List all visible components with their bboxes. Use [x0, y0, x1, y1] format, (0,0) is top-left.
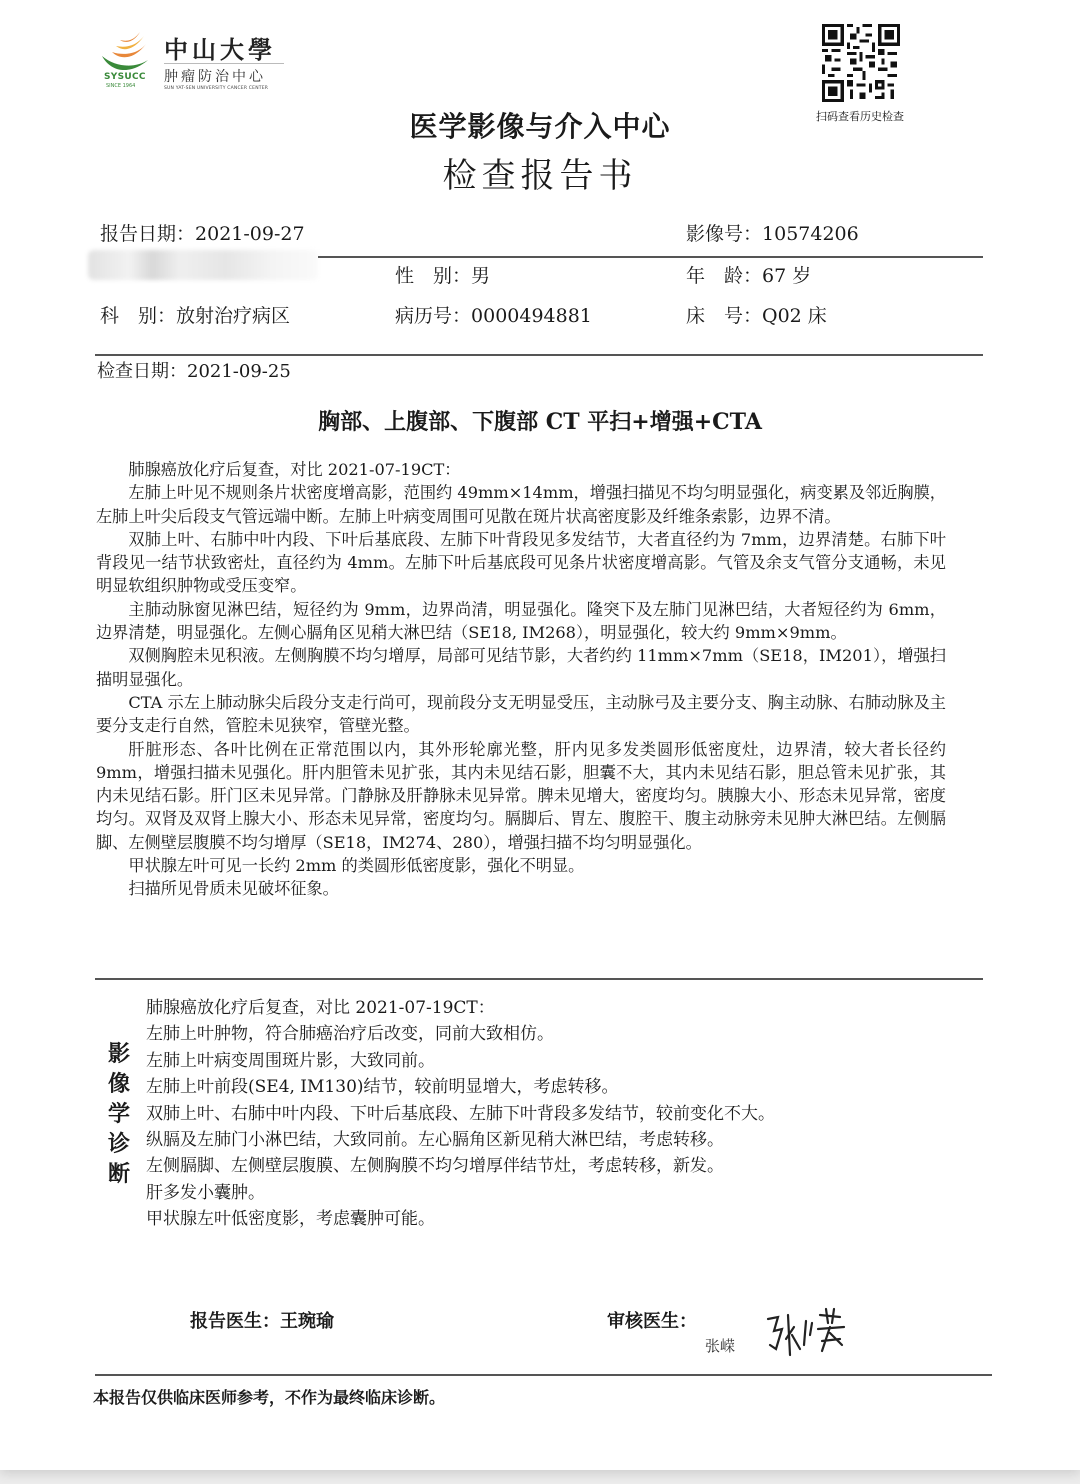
logo-english-name: SUN YAT-SEN UNIVERSITY CANCER CENTER: [164, 86, 268, 91]
bed-number-label: 床 号：: [686, 305, 762, 327]
findings-divider: [95, 978, 983, 980]
sex-field: 性 别：男: [395, 261, 490, 288]
findings-paragraph: 双侧胸腔未见积液。左侧胸膜不均匀增厚，局部可见结节影，大者约约 11mm×7mm…: [96, 644, 946, 691]
diagnosis-line: 左侧膈脚、左侧壁层腹膜、左侧胸膜不均匀增厚伴结节灶，考虑转移，新发。: [146, 1153, 966, 1179]
diagnosis-line: 肝多发小囊肿。: [146, 1180, 966, 1206]
header-divider-top: [318, 256, 983, 258]
image-number-field: 影像号：10574206: [686, 219, 859, 246]
diagnosis-line: 双肺上叶、右肺中叶内段、下叶后基底段、左肺下叶背段多发结节，较前变化不大。: [146, 1101, 966, 1127]
logo-center-name: 肿瘤防治中心: [164, 66, 266, 86]
findings-paragraph: 肝脏形态、各叶比例在正常范围以内，其外形轮廓光整，肝内见多发类圆形低密度灶，边界…: [96, 738, 946, 854]
exam-date-value: 2021-09-25: [187, 361, 291, 382]
report-page: SYSUCC SINCE 1964 中山大學 肿瘤防治中心 SUN YAT-SE…: [0, 0, 1080, 1470]
record-number-field: 病历号：0000494881: [395, 301, 592, 328]
department-label: 科 别：: [100, 305, 176, 327]
diagnosis-label: 影 像 学 诊 断: [104, 1040, 134, 1190]
diagnosis-label-char: 诊: [104, 1130, 134, 1160]
reviewing-doctor-name: 张嵘: [705, 1335, 735, 1356]
logo-abbr: SYSUCC: [104, 72, 146, 82]
exam-date-label: 检查日期：: [97, 361, 187, 382]
sex-value: 男: [471, 265, 490, 287]
diagnosis-line: 纵膈及左肺门小淋巴结，大致同前。左心膈角区新见稍大淋巴结，考虑转移。: [146, 1127, 966, 1153]
diagnosis-line: 左肺上叶病变周围斑片影，大致同前。: [146, 1048, 966, 1074]
image-number-value: 10574206: [762, 223, 859, 245]
findings-paragraph: 肺腺癌放化疗后复查，对比 2021-07-19CT：: [96, 458, 946, 481]
diagnosis-line: 甲状腺左叶低密度影，考虑囊肿可能。: [146, 1206, 966, 1232]
reporting-doctor-name: 王琬瑜: [280, 1311, 334, 1332]
diagnosis-line: 左肺上叶前段(SE4, IM130)结节，较前明显增大，考虑转移。: [146, 1074, 966, 1100]
diagnosis-line: 肺腺癌放化疗后复查，对比 2021-07-19CT：: [146, 995, 966, 1021]
diagnosis-label-char: 断: [104, 1160, 134, 1190]
age-label: 年 龄：: [686, 265, 762, 287]
report-date-label: 报告日期：: [100, 223, 195, 245]
exam-title: 胸部、上腹部、下腹部 CT 平扫+增强+CTA: [0, 405, 1080, 436]
reporting-doctor-label: 报告医生：: [190, 1311, 280, 1332]
findings-paragraph: CTA 示左上肺动脉尖后段分支走行尚可，现前段分支无明显受压，主动脉弓及主要分支…: [96, 691, 946, 738]
logo-divider: [164, 63, 284, 64]
findings-section: 肺腺癌放化疗后复查，对比 2021-07-19CT： 左肺上叶见不规则条片状密度…: [96, 458, 946, 901]
diagnosis-label-char: 影: [104, 1040, 134, 1070]
redacted-patient-name: [88, 250, 318, 280]
reporting-doctor: 报告医生：王琬瑜: [190, 1307, 334, 1333]
disclaimer-text: 本报告仅供临床医师参考，不作为最终临床诊断。: [93, 1385, 445, 1408]
bed-number-value: Q02 床: [762, 305, 827, 327]
findings-paragraph: 甲状腺左叶可见一长约 2mm 的类圆形低密度影，强化不明显。: [96, 854, 946, 877]
image-number-label: 影像号：: [686, 223, 762, 245]
findings-paragraph: 主肺动脉窗见淋巴结，短径约为 9mm，边界尚清，明显强化。隆突下及左肺门见淋巴结…: [96, 598, 946, 645]
header-divider-bottom: [95, 354, 983, 356]
diagnosis-section: 肺腺癌放化疗后复查，对比 2021-07-19CT： 左肺上叶肿物，符合肺癌治疗…: [146, 995, 966, 1233]
diagnosis-label-char: 像: [104, 1070, 134, 1100]
diagnosis-label-char: 学: [104, 1100, 134, 1130]
department-title: 医学影像与介入中心: [0, 105, 1080, 145]
findings-paragraph: 左肺上叶见不规则条片状密度增高影，范围约 49mm×14mm，增强扫描见不均匀明…: [96, 481, 946, 528]
exam-date-field: 检查日期：2021-09-25: [97, 357, 291, 383]
age-field: 年 龄：67 岁: [686, 261, 811, 288]
signature-divider: [95, 1374, 992, 1376]
findings-paragraph: 双肺上叶、右肺中叶内段、下叶后基底段、左肺下叶背段见多发结节，大者直径约为 7m…: [96, 528, 946, 598]
diagnosis-line: 左肺上叶肿物，符合肺癌治疗后改变，同前大致相仿。: [146, 1021, 966, 1047]
sex-label: 性 别：: [395, 265, 471, 287]
bed-number-field: 床 号：Q02 床: [686, 301, 827, 328]
record-number-label: 病历号：: [395, 305, 471, 327]
hospital-logo: SYSUCC SINCE 1964 中山大學 肿瘤防治中心 SUN YAT-SE…: [98, 30, 288, 96]
record-number-value: 0000494881: [471, 305, 592, 327]
document-title: 检查报告书: [0, 148, 1080, 197]
department-value: 放射治疗病区: [176, 305, 290, 327]
findings-paragraph: 扫描所见骨质未见破坏征象。: [96, 877, 946, 900]
logo-university: 中山大學: [164, 30, 276, 65]
department-field: 科 别：放射治疗病区: [100, 301, 290, 328]
logo-since: SINCE 1964: [106, 83, 135, 89]
reviewing-doctor-label: 审核医生：: [607, 1307, 697, 1333]
report-date-field: 报告日期：2021-09-27: [100, 219, 305, 246]
handwritten-signature-icon: [760, 1305, 850, 1363]
qr-code-icon[interactable]: [822, 24, 900, 102]
report-date-value: 2021-09-27: [195, 223, 305, 245]
age-value: 67 岁: [762, 265, 811, 287]
